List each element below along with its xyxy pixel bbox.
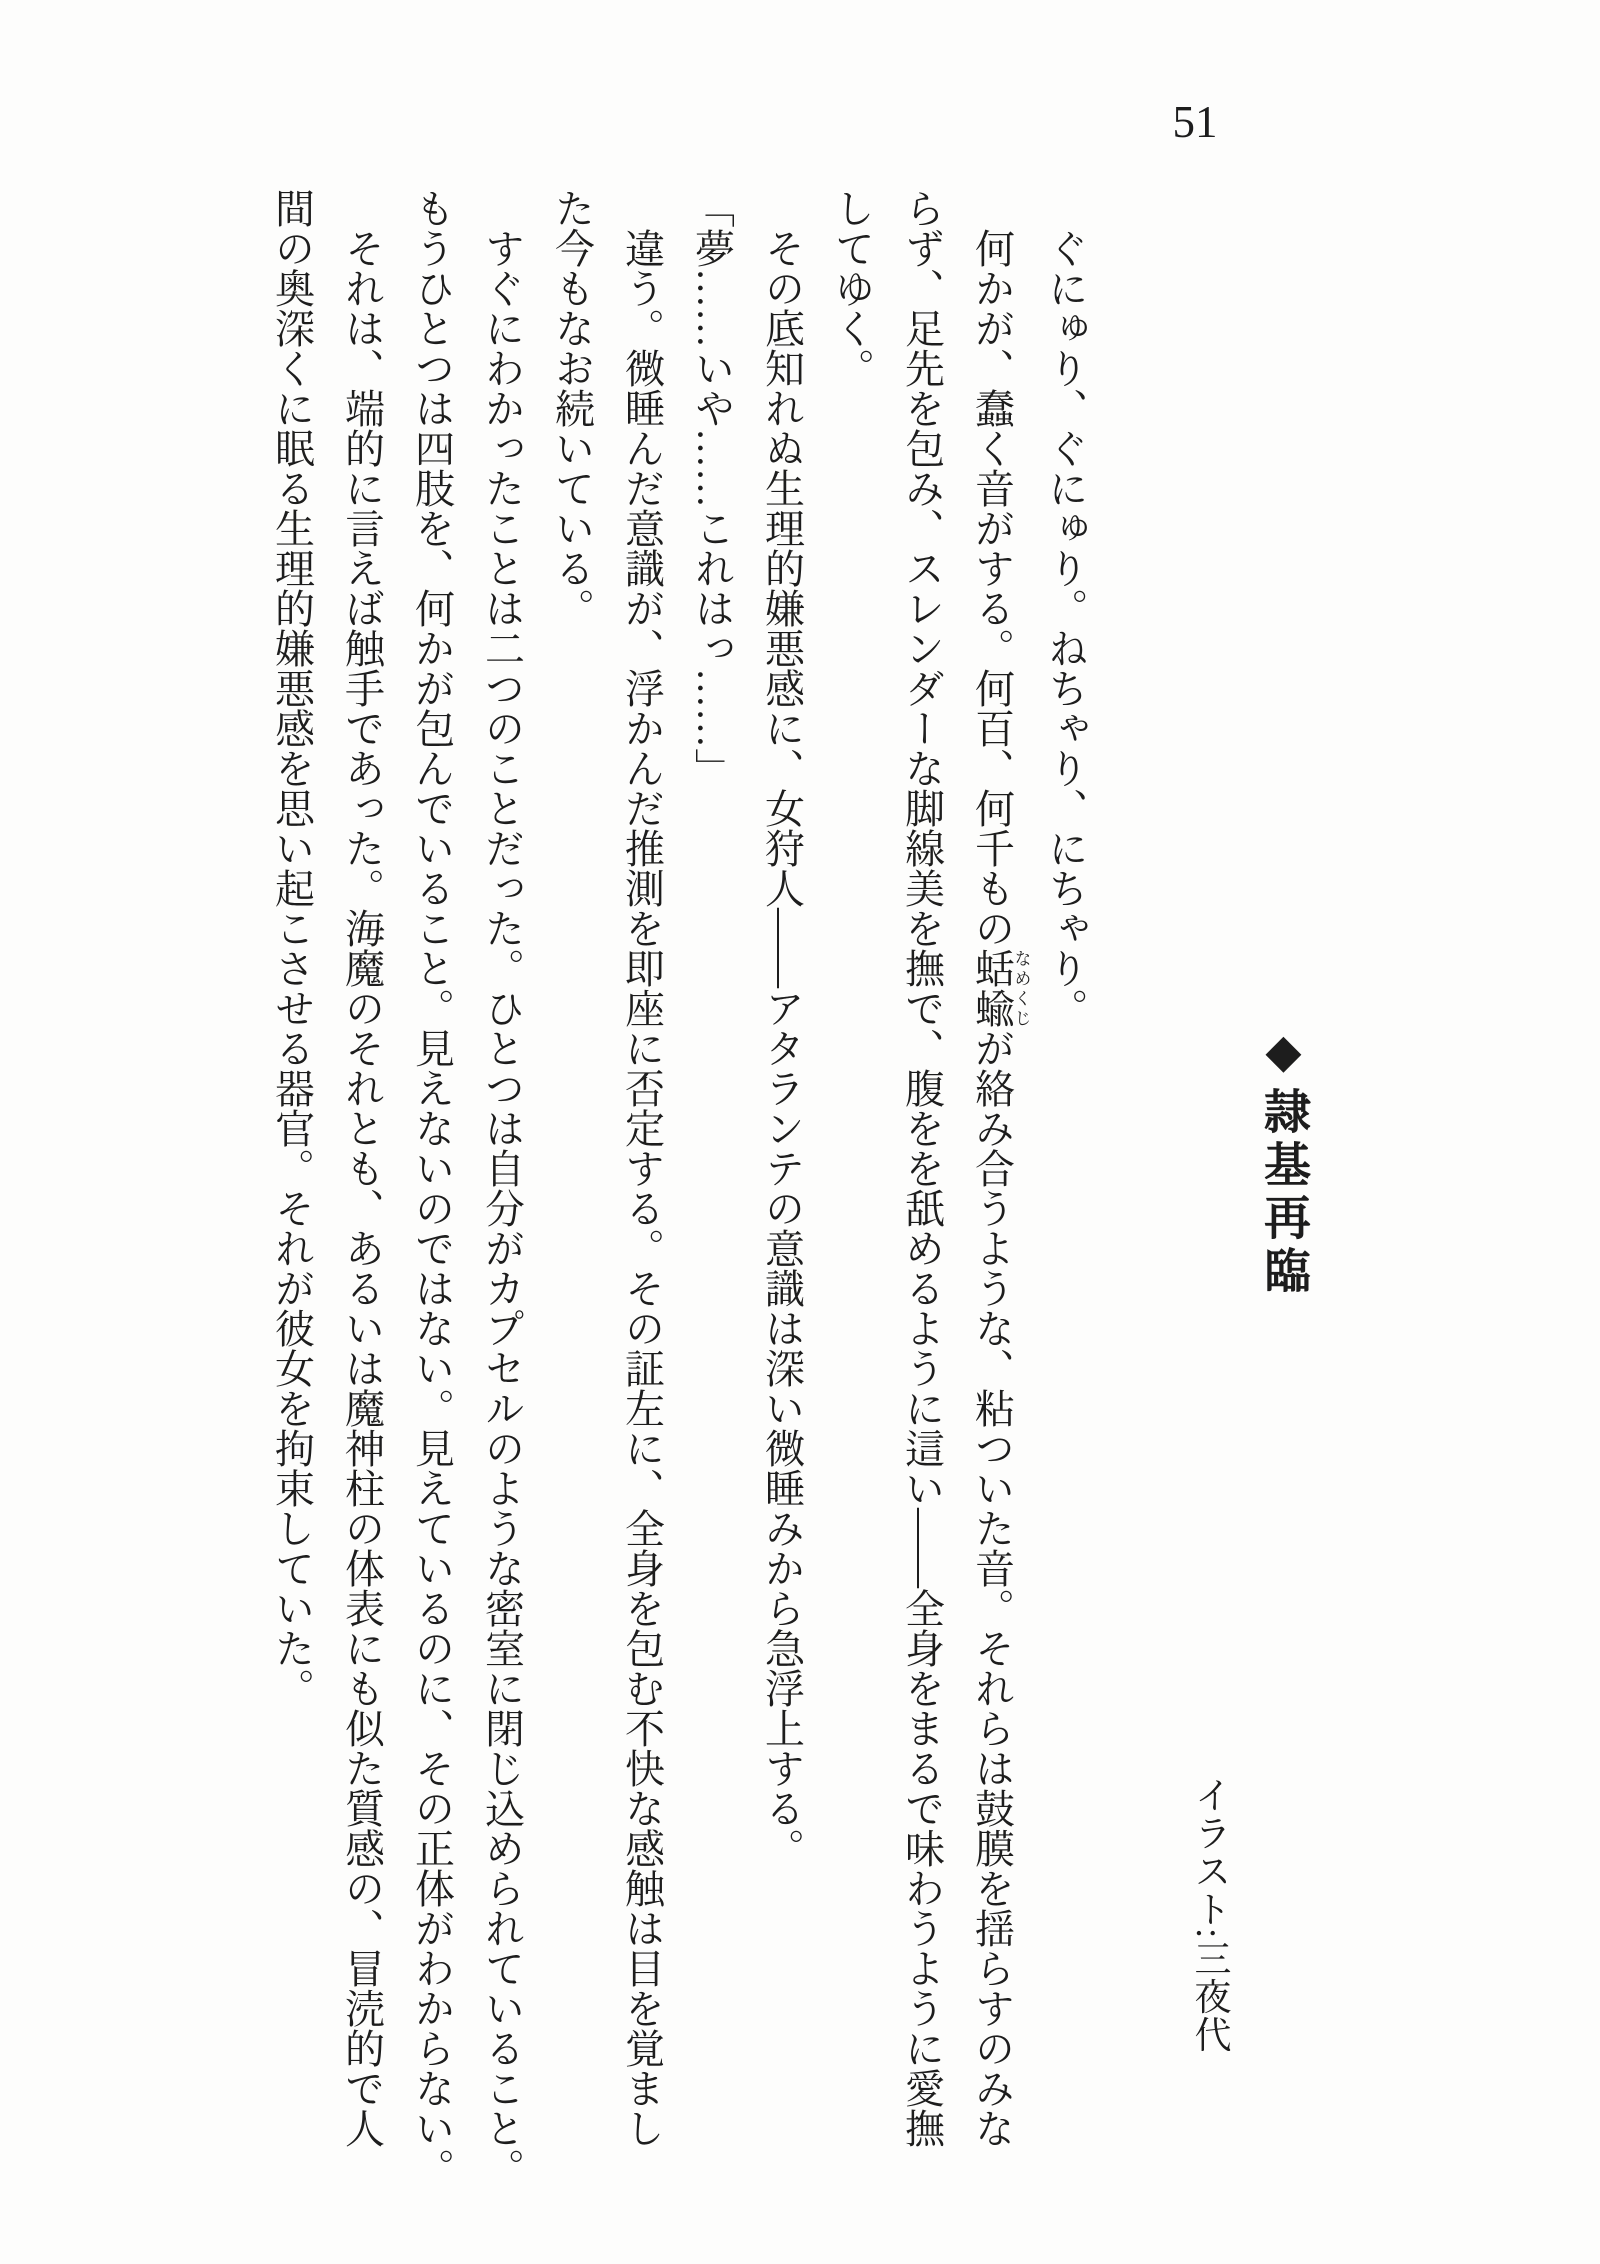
text-column: その底知れぬ生理的嫌悪感に、女狩人――アタランテの意識は深い微睡みから急浮上する… — [747, 188, 817, 2200]
body-text-block: ぐにゅり、ぐにゅり。ねちゃり、にちゃり。 何かが、蠢く音がする。何百、何千もの蛞… — [257, 188, 1101, 2200]
text-column: 違う。微睡んだ意識が、浮かんだ推測を即座に否定する。その証左に、全身を包む不快な… — [607, 188, 677, 2200]
chapter-title-block: ◆隷基再臨 — [1254, 1024, 1312, 1299]
text-column: らず、足先を包み、スレンダーな脚線美を撫で、腹をを舐めるように這い――全身をまる… — [887, 188, 957, 2200]
ruby-text: なめくじ — [1012, 948, 1031, 1028]
page-number: 51 — [1155, 100, 1235, 145]
text-column: た今もなお続いている。 — [537, 188, 607, 2200]
text-column: 「夢……いや……これはっ……」 — [677, 188, 747, 2200]
text-column: もうひとつは四肢を、何かが包んでいること。見えないのではない。見えているのに、そ… — [397, 188, 467, 2200]
chapter-title: 隷基再臨 — [1257, 1087, 1309, 1299]
text-run: が絡み合うような、粘ついた音。それらは鼓膜を揺らすのみな — [970, 1028, 1015, 2148]
text-column: ぐにゅり、ぐにゅり。ねちゃり、にちゃり。 — [1030, 188, 1100, 2200]
ruby-annotation: 蛞蝓なめくじ — [970, 948, 1015, 1028]
illustrator-credit: イラスト:三夜代 — [1186, 1776, 1230, 2053]
text-column: 何かが、蠢く音がする。何百、何千もの蛞蝓なめくじが絡み合うような、粘ついた音。そ… — [957, 188, 1031, 2200]
text-column: してゆく。 — [817, 188, 887, 2200]
text-run: 何かが、蠢く音がする。何百、何千もの — [970, 228, 1015, 948]
text-column: それは、端的に言えば触手であった。海魔のそれとも、あるいは魔神柱の体表にも似た質… — [327, 188, 397, 2200]
text-column: すぐにわかったことは二つのことだった。ひとつは自分がカプセルのような密室に閉じ込… — [467, 188, 537, 2200]
book-page: 51 ◆隷基再臨 イラスト:三夜代 ぐにゅり、ぐにゅり。ねちゃり、にちゃり。 何… — [0, 0, 1600, 2264]
ruby-base: 蛞蝓 — [970, 948, 1015, 1028]
text-column: 間の奥深くに眠る生理的嫌悪感を思い起こさせる器官。それが彼女を拘束していた。 — [257, 188, 327, 2200]
diamond-icon: ◆ — [1257, 1024, 1309, 1087]
